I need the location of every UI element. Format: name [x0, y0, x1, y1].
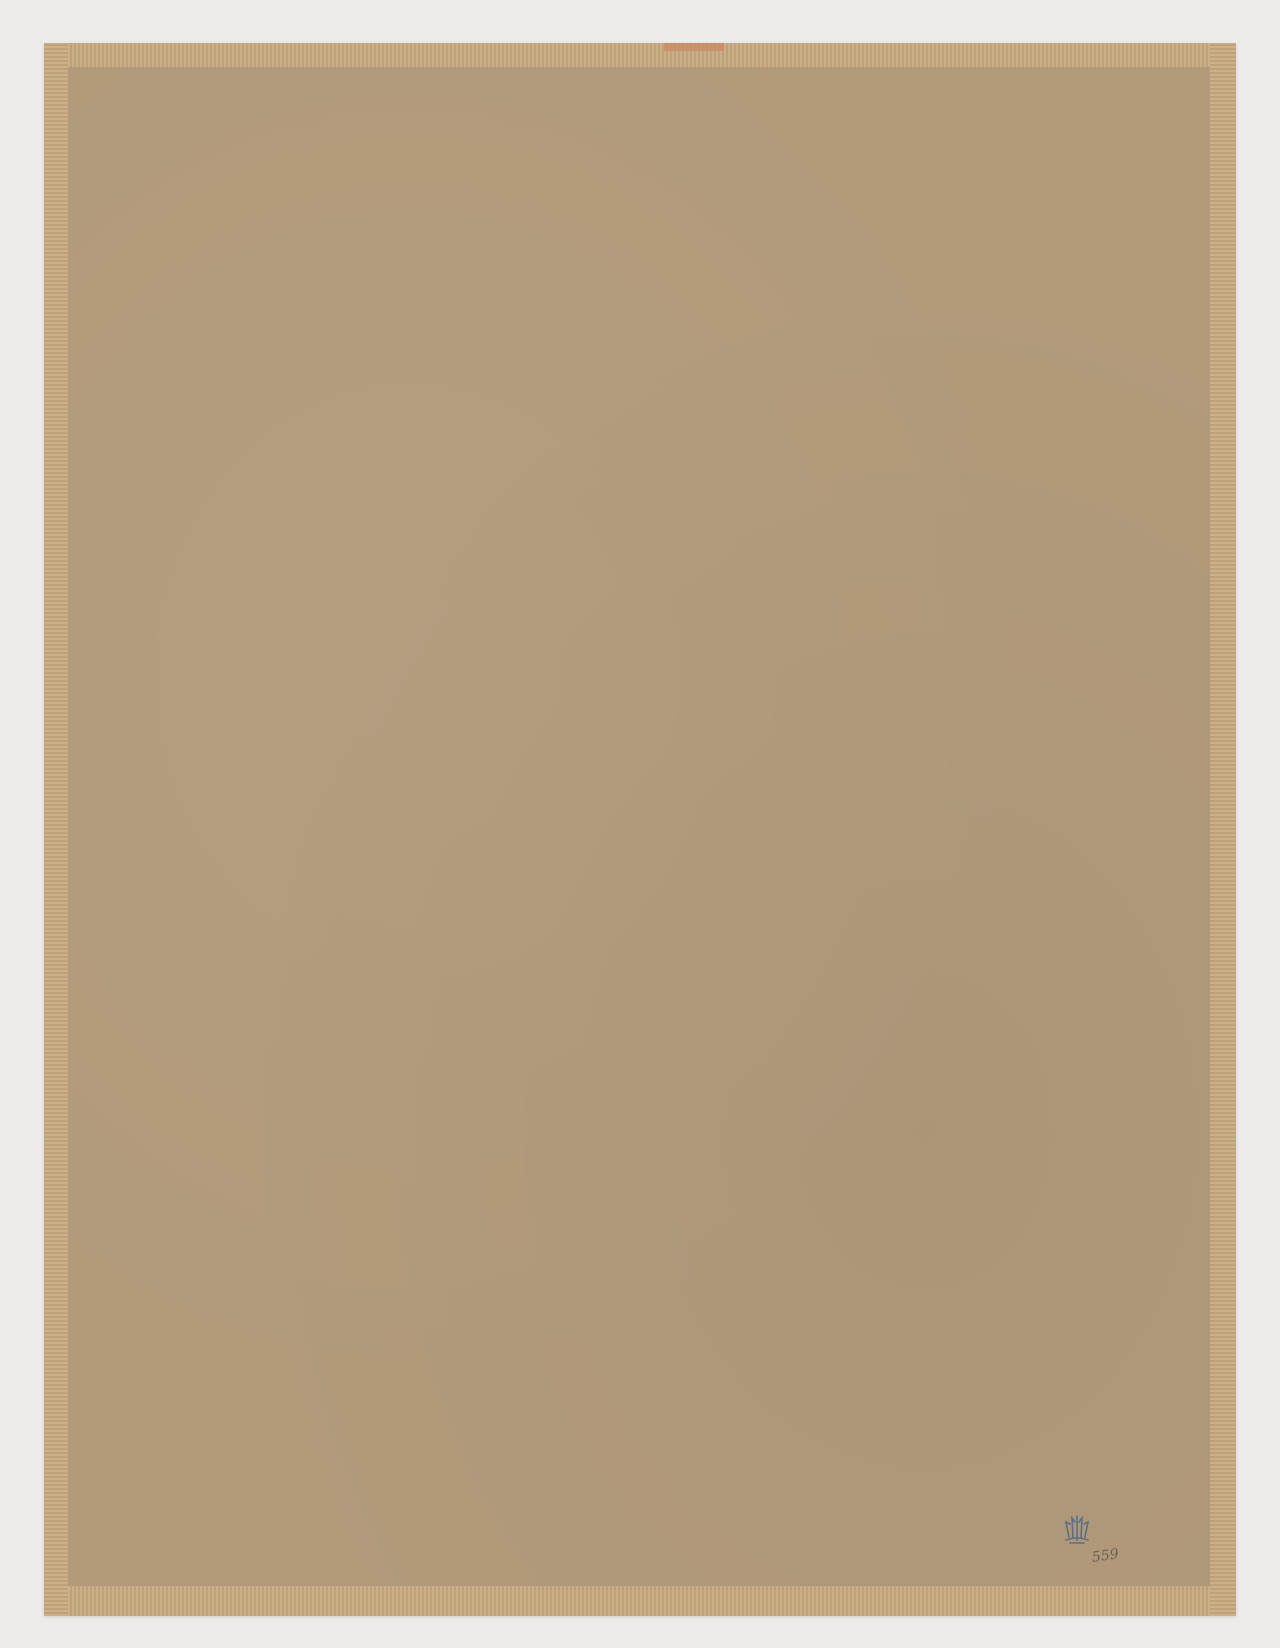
- torn-paper-strip: [664, 43, 724, 51]
- tape-bottom-edge: [44, 1586, 1236, 1616]
- tape-right-edge: [1210, 43, 1236, 1616]
- paper-sheet: [44, 43, 1236, 1616]
- tape-top-edge: [44, 43, 1236, 67]
- stamp-icon: [1062, 1510, 1092, 1544]
- paper-surface: [68, 67, 1210, 1586]
- tape-left-edge: [44, 43, 68, 1616]
